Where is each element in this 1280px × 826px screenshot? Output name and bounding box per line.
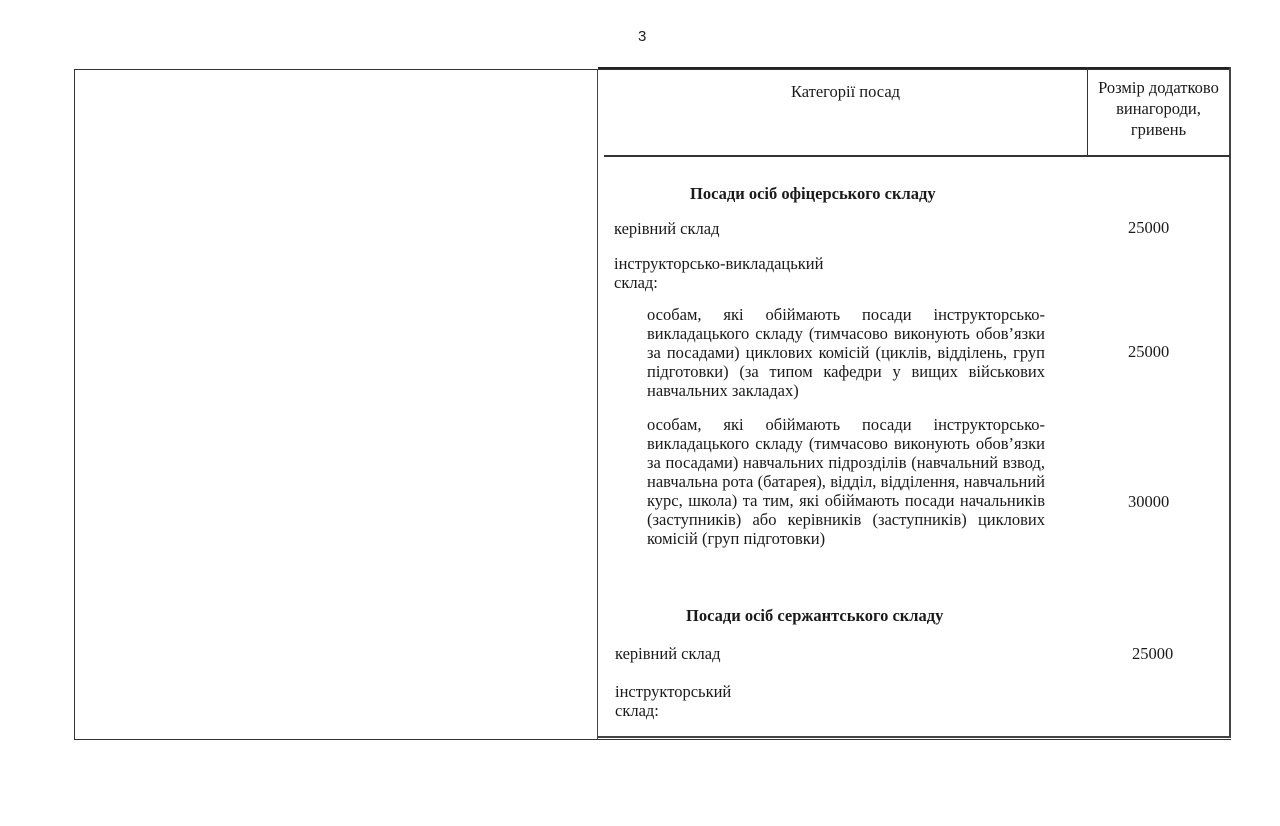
row-paragraph: особам, які обіймають посади інструкторс… <box>647 305 1045 400</box>
section-title-officers: Посади осіб офіцерського складу <box>690 184 936 204</box>
row-label-line: інструкторський <box>615 682 731 701</box>
table-right-border <box>1229 67 1231 737</box>
row-amount: 25000 <box>1128 342 1169 362</box>
row-label-multiline: інструкторсько-викладацький склад: <box>614 254 823 292</box>
section-title-sergeants: Посади осіб сержантського складу <box>686 606 943 626</box>
header-amount-line: винагороди, <box>1088 98 1229 119</box>
row-label-line: інструкторсько-викладацький <box>614 254 823 273</box>
header-amount-line: Розмір додатково <box>1088 77 1229 98</box>
header-amount: Розмір додатково винагороди, гривень <box>1088 77 1229 140</box>
row-label-line: склад: <box>615 701 731 720</box>
row-label: керівний склад <box>614 219 719 238</box>
row-amount: 25000 <box>1128 218 1169 238</box>
row-label: керівний склад <box>615 644 720 663</box>
row-label-line: склад: <box>614 273 823 292</box>
row-paragraph: особам, які обіймають посади інструкторс… <box>647 415 1045 548</box>
header-category: Категорії посад <box>604 82 1087 102</box>
header-amount-line: гривень <box>1088 119 1229 140</box>
page-number: 3 <box>638 28 646 45</box>
table-bottom-border <box>598 736 1231 738</box>
column-divider <box>597 69 598 740</box>
row-amount: 30000 <box>1128 492 1169 512</box>
row-amount: 25000 <box>1132 644 1173 664</box>
table-top-border <box>598 67 1230 69</box>
table-frame <box>74 69 1231 740</box>
row-label-multiline: інструкторський склад: <box>615 682 731 720</box>
header-separator <box>604 155 1230 157</box>
